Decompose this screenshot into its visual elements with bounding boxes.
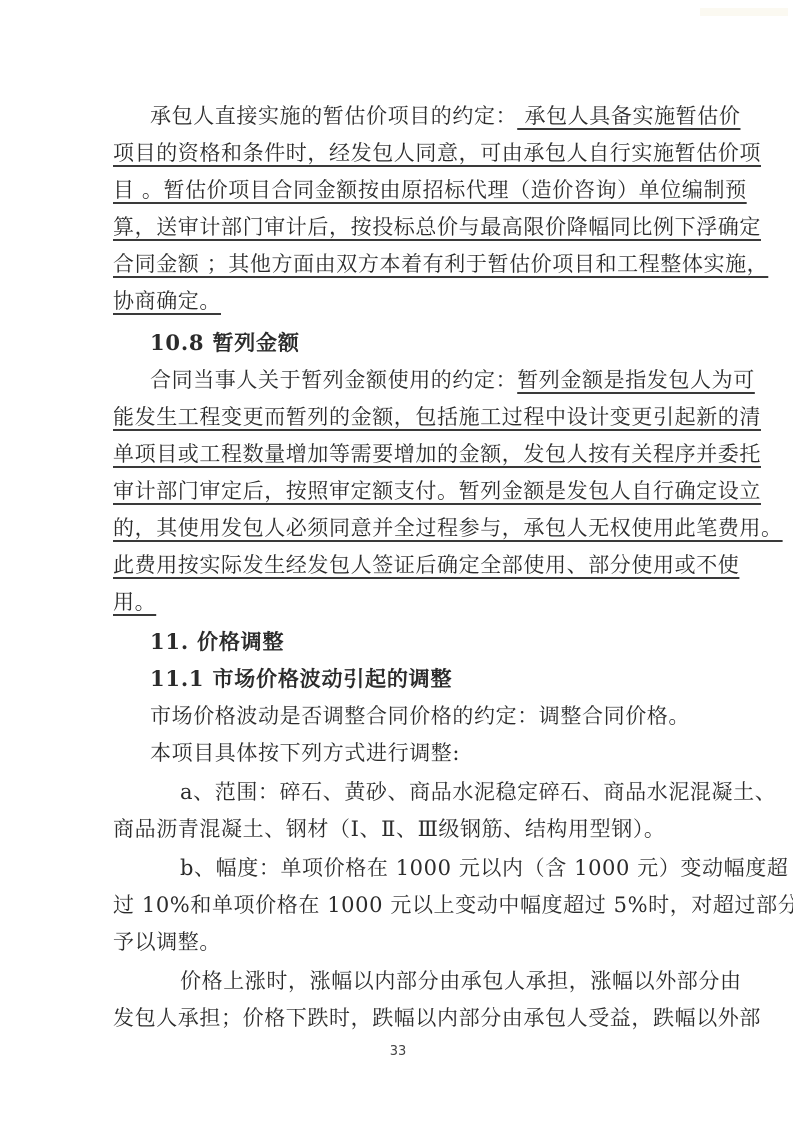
provisional-amount-line-1: 合同当事人关于暂列金额使用的约定：暂列金额是指发包人为可 <box>150 366 697 394</box>
clause-value-line: 能发生工程变更而暂列的金额，包括施工过程中设计变更引起新的清 <box>113 403 697 431</box>
document-page: 承包人直接实施的暂估价项目的约定： 承包人具备实施暂估价 项目的资格和条件时，经… <box>0 0 793 1123</box>
clause-label: 承包人直接实施的暂估价项目的约定： <box>150 104 517 128</box>
adjustment-method-intro: 本项目具体按下列方式进行调整: <box>150 739 734 767</box>
clause-value-line: 目 。暂估价项目合同金额按由原招标代理（造价咨询）单位编制预 <box>113 176 697 204</box>
clause-value-line: 的，其使用发包人必须同意并全过程参与，承包人无权使用此笔费用。 <box>113 514 697 542</box>
item-a-scope-line-2: 商品沥青混凝土、钢材（Ⅰ、Ⅱ、Ⅲ级钢筋、结构用型钢）。 <box>113 815 697 843</box>
clause-value: 承包人具备实施暂估价 <box>517 104 740 128</box>
item-b-range-line-2: 过 10%和单项价格在 1000 元以上变动中幅度超过 5%时，对超过部分 <box>113 891 697 919</box>
clause-value-line-last: 用。 <box>113 588 697 616</box>
clause-value-line: 合同金额 ；其他方面由双方本着有利于暂估价项目和工程整体实施， <box>113 250 697 278</box>
clause-value-line: 单项目或工程数量增加等需要增加的金额，发包人按有关程序并委托 <box>113 440 697 468</box>
clause-value-line: 项目的资格和条件时，经发包人同意，可由承包人自行实施暂估价项 <box>113 139 697 167</box>
clause-value-line-last: 协商确定。 <box>113 287 697 315</box>
item-b-range-line-1: b、幅度：单项价格在 1000 元以内（含 1000 元）变动幅度超 <box>180 854 697 882</box>
scan-artifact <box>700 8 788 16</box>
item-b-range-line-3: 予以调整。 <box>113 928 697 956</box>
item-a-scope-line-1: a、范围：碎石、黄砂、商品水泥稳定碎石、商品水泥混凝土、 <box>180 778 697 806</box>
clause-value-line: 此费用按实际发生经发包人签证后确定全部使用、部分使用或不使 <box>113 551 697 579</box>
price-rule-line-2: 发包人承担；价格下跌时，跌幅以内部分由承包人受益，跌幅以外部 <box>113 1004 697 1032</box>
section-heading-10-8: 10.8 暂列金额 <box>150 329 734 357</box>
clause-value-line: 审计部门审定后，按照审定额支付。暂列金额是发包人自行确定设立 <box>113 477 697 505</box>
section-heading-11-1: 11.1 市场价格波动引起的调整 <box>150 665 734 693</box>
price-adjustment-agreement: 市场价格波动是否调整合同价格的约定：调整合同价格。 <box>150 702 734 730</box>
page-number: 33 <box>386 1044 410 1059</box>
clause-label: 合同当事人关于暂列金额使用的约定： <box>150 368 517 392</box>
section-heading-11: 11. 价格调整 <box>150 628 734 656</box>
clause-value: 暂列金额是指发包人为可 <box>517 368 755 392</box>
price-rule-line-1: 价格上涨时，涨幅以内部分由承包人承担，涨幅以外部分由 <box>180 967 697 995</box>
provisional-sum-direct-implementation-line-1: 承包人直接实施的暂估价项目的约定： 承包人具备实施暂估价 <box>150 102 697 130</box>
clause-value-line: 算，送审计部门审计后，按投标总价与最高限价降幅同比例下浮确定 <box>113 213 697 241</box>
